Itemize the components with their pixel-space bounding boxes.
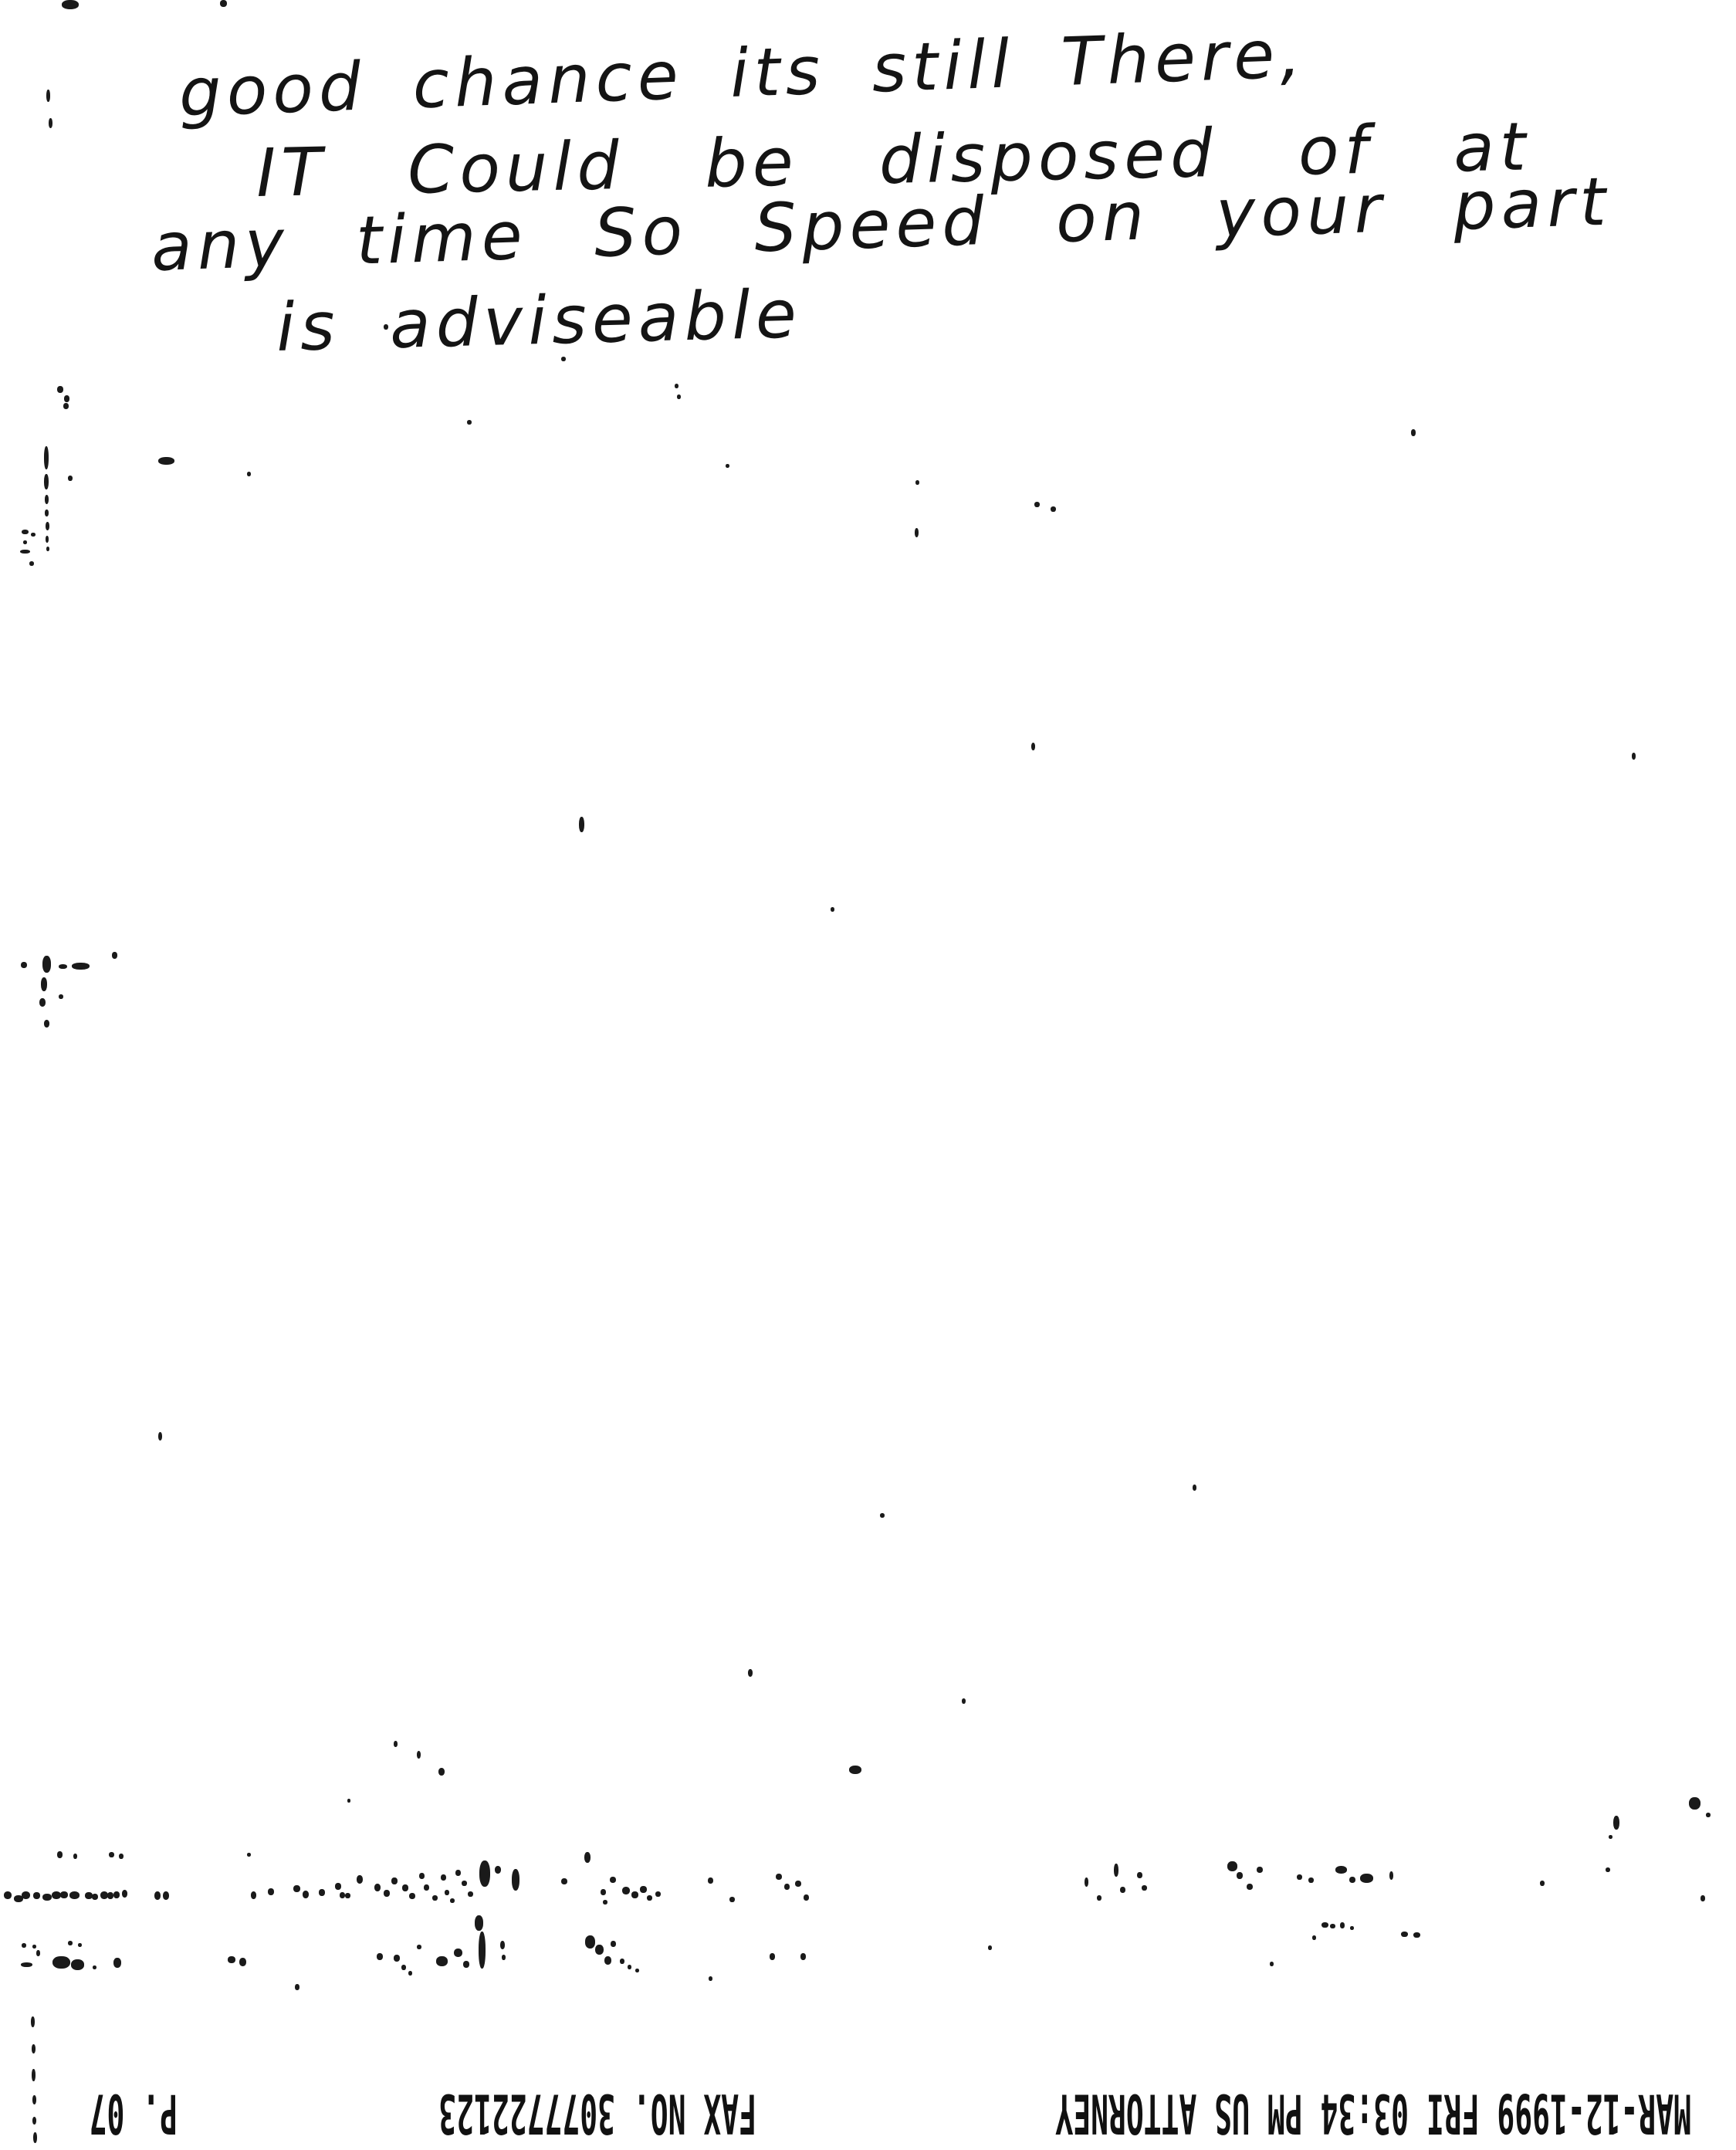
ink-speck — [729, 1897, 735, 1902]
ink-speck — [1606, 1867, 1610, 1872]
ink-speck — [44, 446, 49, 469]
ink-speck — [479, 1932, 486, 1969]
ink-speck — [57, 1851, 63, 1858]
ink-speck — [800, 1953, 806, 1960]
ink-speck — [158, 457, 174, 465]
ink-speck — [726, 464, 729, 468]
ink-speck — [73, 1964, 79, 1969]
ink-speck — [915, 528, 919, 537]
ink-speck — [63, 403, 69, 409]
ink-speck — [1413, 1932, 1420, 1938]
ink-speck — [748, 1669, 753, 1677]
ink-speck — [1312, 1935, 1316, 1940]
ink-speck — [1349, 1877, 1355, 1883]
ink-speck — [804, 1894, 809, 1901]
ink-speck — [92, 1894, 98, 1900]
ink-speck — [776, 1874, 782, 1880]
ink-speck — [709, 1976, 712, 1981]
ink-speck — [1330, 1924, 1335, 1928]
ink-speck — [561, 357, 566, 361]
ink-speck — [303, 1891, 309, 1898]
ink-speck — [251, 1891, 256, 1899]
ink-speck — [640, 1886, 647, 1893]
ink-speck — [1540, 1881, 1545, 1886]
ink-speck — [620, 1959, 624, 1964]
ink-speck — [1247, 1884, 1253, 1890]
fax-transmission-header: MAR-12-1999 FRI 03:34 PM US ATTORNEY FAX… — [0, 2097, 1736, 2148]
ink-speck — [45, 495, 49, 504]
ink-speck — [595, 1945, 604, 1955]
ink-speck — [1142, 1885, 1147, 1891]
ink-speck — [631, 1891, 638, 1898]
scanned-fax-page: good chance its still There,IT Could be … — [0, 0, 1736, 2150]
ink-speck — [220, 0, 227, 7]
ink-speck — [611, 1941, 616, 1947]
ink-speck — [345, 1893, 350, 1898]
ink-speck — [455, 1870, 461, 1876]
ink-speck — [42, 956, 51, 973]
ink-speck — [441, 1874, 446, 1881]
ink-speck — [1237, 1872, 1243, 1879]
ink-speck — [72, 963, 90, 970]
ink-speck — [635, 1969, 639, 1972]
ink-speck — [468, 1891, 473, 1897]
ink-speck — [1270, 1962, 1274, 1966]
ink-speck — [46, 536, 49, 543]
handwritten-line-4: is adviseable — [276, 281, 803, 361]
ink-speck — [21, 962, 27, 968]
ink-speck — [1308, 1877, 1314, 1883]
ink-speck — [502, 1955, 506, 1960]
ink-speck — [384, 324, 388, 330]
ink-speck — [1034, 502, 1040, 507]
ink-speck — [1411, 429, 1416, 436]
ink-speck — [1051, 506, 1056, 512]
fax-number: FAX NO. 3077722123 — [438, 2082, 756, 2145]
ink-speck — [479, 1861, 490, 1887]
ink-speck — [585, 1935, 595, 1949]
ink-speck — [1609, 1835, 1612, 1839]
ink-speck — [228, 1956, 235, 1963]
ink-speck — [988, 1945, 992, 1950]
ink-speck — [239, 1958, 246, 1966]
ink-speck — [610, 1877, 616, 1883]
ink-speck — [438, 1768, 445, 1776]
ink-speck — [467, 420, 472, 425]
ink-speck — [579, 817, 584, 832]
ink-speck — [107, 1892, 113, 1899]
ink-speck — [1350, 1926, 1354, 1930]
ink-speck — [708, 1877, 713, 1884]
ink-speck — [677, 394, 681, 399]
ink-speck — [247, 472, 251, 476]
ink-speck — [561, 1878, 567, 1884]
ink-speck — [64, 395, 69, 402]
ink-speck — [158, 1432, 162, 1441]
ink-speck — [29, 561, 34, 566]
ink-speck — [432, 1895, 438, 1901]
ink-speck — [293, 1885, 300, 1892]
ink-speck — [1321, 1922, 1328, 1928]
ink-speck — [622, 1887, 630, 1894]
ink-speck — [962, 1698, 966, 1704]
ink-speck — [384, 1890, 390, 1897]
ink-speck — [60, 1891, 68, 1898]
ink-speck — [463, 1961, 469, 1968]
ink-speck — [4, 1891, 12, 1899]
ink-speck — [1097, 1895, 1101, 1901]
ink-speck — [394, 1955, 400, 1962]
ink-speck — [22, 1891, 30, 1899]
ink-speck — [23, 540, 27, 544]
ink-speck — [377, 1953, 383, 1960]
ink-speck — [402, 1884, 408, 1891]
ink-speck — [347, 1799, 350, 1803]
ink-speck — [31, 2016, 35, 2027]
ink-speck — [512, 1869, 519, 1891]
ink-speck — [113, 1958, 121, 1968]
ink-speck — [68, 476, 73, 481]
ink-speck — [1085, 1877, 1088, 1887]
ink-speck — [1689, 1797, 1700, 1810]
ink-speck — [44, 1020, 49, 1028]
ink-speck — [69, 1891, 80, 1899]
ink-speck — [44, 474, 49, 489]
ink-speck — [109, 1852, 114, 1857]
ink-speck — [784, 1884, 790, 1890]
ink-speck — [417, 1945, 421, 1949]
ink-speck — [409, 1893, 415, 1899]
ink-speck — [1031, 743, 1035, 750]
ink-speck — [445, 1890, 449, 1895]
ink-speck — [603, 1900, 607, 1905]
ink-speck — [880, 1513, 885, 1518]
ink-speck — [247, 1853, 251, 1857]
ink-speck — [20, 550, 30, 554]
ink-speck — [1120, 1887, 1125, 1893]
ink-speck — [394, 1741, 398, 1747]
ink-speck — [119, 1854, 124, 1859]
ink-speck — [584, 1852, 591, 1863]
ink-speck — [495, 1866, 501, 1874]
ink-speck — [36, 1950, 40, 1956]
ink-speck — [408, 1971, 412, 1976]
fax-page-number: P. 07 — [90, 2082, 178, 2145]
ink-speck — [500, 1941, 505, 1949]
ink-speck — [93, 1965, 96, 1969]
ink-speck — [604, 1956, 611, 1965]
ink-speck — [419, 1873, 425, 1879]
ink-speck — [374, 1884, 381, 1891]
ink-speck — [1700, 1895, 1705, 1901]
ink-speck — [335, 1883, 341, 1890]
ink-speck — [32, 2044, 36, 2054]
ink-speck — [1632, 753, 1636, 760]
ink-speck — [628, 1965, 631, 1969]
ink-speck — [675, 384, 678, 388]
ink-speck — [1114, 1864, 1118, 1877]
ink-speck — [22, 1943, 26, 1948]
ink-speck — [915, 480, 919, 485]
ink-speck — [1297, 1874, 1302, 1880]
ink-speck — [1227, 1861, 1237, 1871]
ink-speck — [32, 2069, 36, 2081]
ink-speck — [1193, 1485, 1196, 1491]
handwritten-line-1: good chance its still There, — [178, 21, 1307, 127]
ink-speck — [424, 1884, 429, 1891]
fax-timestamp-sender: MAR-12-1999 FRI 03:34 PM US ATTORNEY — [1055, 2082, 1691, 2145]
ink-speck — [46, 522, 49, 530]
ink-speck — [59, 994, 63, 999]
ink-speck — [340, 1892, 345, 1898]
ink-speck — [62, 0, 79, 9]
ink-speck — [78, 1943, 82, 1947]
ink-speck — [49, 118, 52, 128]
ink-speck — [462, 1881, 467, 1886]
ink-speck — [68, 1941, 73, 1945]
ink-speck — [39, 998, 46, 1007]
ink-speck — [357, 1875, 363, 1884]
ink-speck — [1401, 1932, 1408, 1937]
ink-speck — [32, 1945, 36, 1949]
ink-speck — [22, 530, 29, 534]
ink-speck — [59, 964, 67, 969]
ink-speck — [45, 510, 49, 516]
ink-speck — [21, 1962, 32, 1967]
ink-speck — [122, 1890, 127, 1898]
ink-speck — [319, 1889, 325, 1896]
ink-speck — [475, 1915, 483, 1931]
ink-speck — [436, 1956, 448, 1966]
ink-speck — [46, 547, 49, 551]
ink-speck — [1257, 1867, 1263, 1873]
ink-speck — [1340, 1922, 1345, 1928]
ink-speck — [46, 90, 50, 102]
ink-speck — [1613, 1816, 1619, 1830]
ink-speck — [1335, 1866, 1347, 1874]
ink-speck — [33, 1892, 40, 1899]
ink-speck — [1137, 1872, 1142, 1878]
ink-speck — [268, 1888, 274, 1895]
ink-speck — [795, 1881, 801, 1887]
ink-speck — [401, 1965, 406, 1970]
ink-speck — [647, 1895, 652, 1901]
ink-speck — [154, 1891, 161, 1900]
ink-speck — [655, 1891, 661, 1897]
ink-speck — [770, 1953, 775, 1960]
ink-speck — [52, 1956, 70, 1969]
ink-speck — [831, 907, 834, 912]
ink-speck — [42, 1894, 52, 1901]
ink-speck — [295, 1984, 299, 1990]
ink-speck — [849, 1766, 861, 1774]
ink-speck — [163, 1891, 169, 1900]
ink-speck — [450, 1898, 455, 1903]
ink-speck — [113, 1891, 120, 1898]
ink-speck — [1706, 1813, 1711, 1817]
ink-speck — [57, 386, 63, 393]
ink-speck — [31, 533, 36, 537]
ink-speck — [391, 1877, 398, 1884]
ink-speck — [454, 1949, 462, 1957]
ink-speck — [601, 1889, 606, 1895]
ink-speck — [73, 1854, 77, 1859]
ink-speck — [1360, 1874, 1373, 1883]
ink-speck — [417, 1751, 421, 1759]
ink-speck — [112, 952, 117, 959]
ink-speck — [41, 977, 47, 991]
ink-speck — [1389, 1871, 1393, 1880]
